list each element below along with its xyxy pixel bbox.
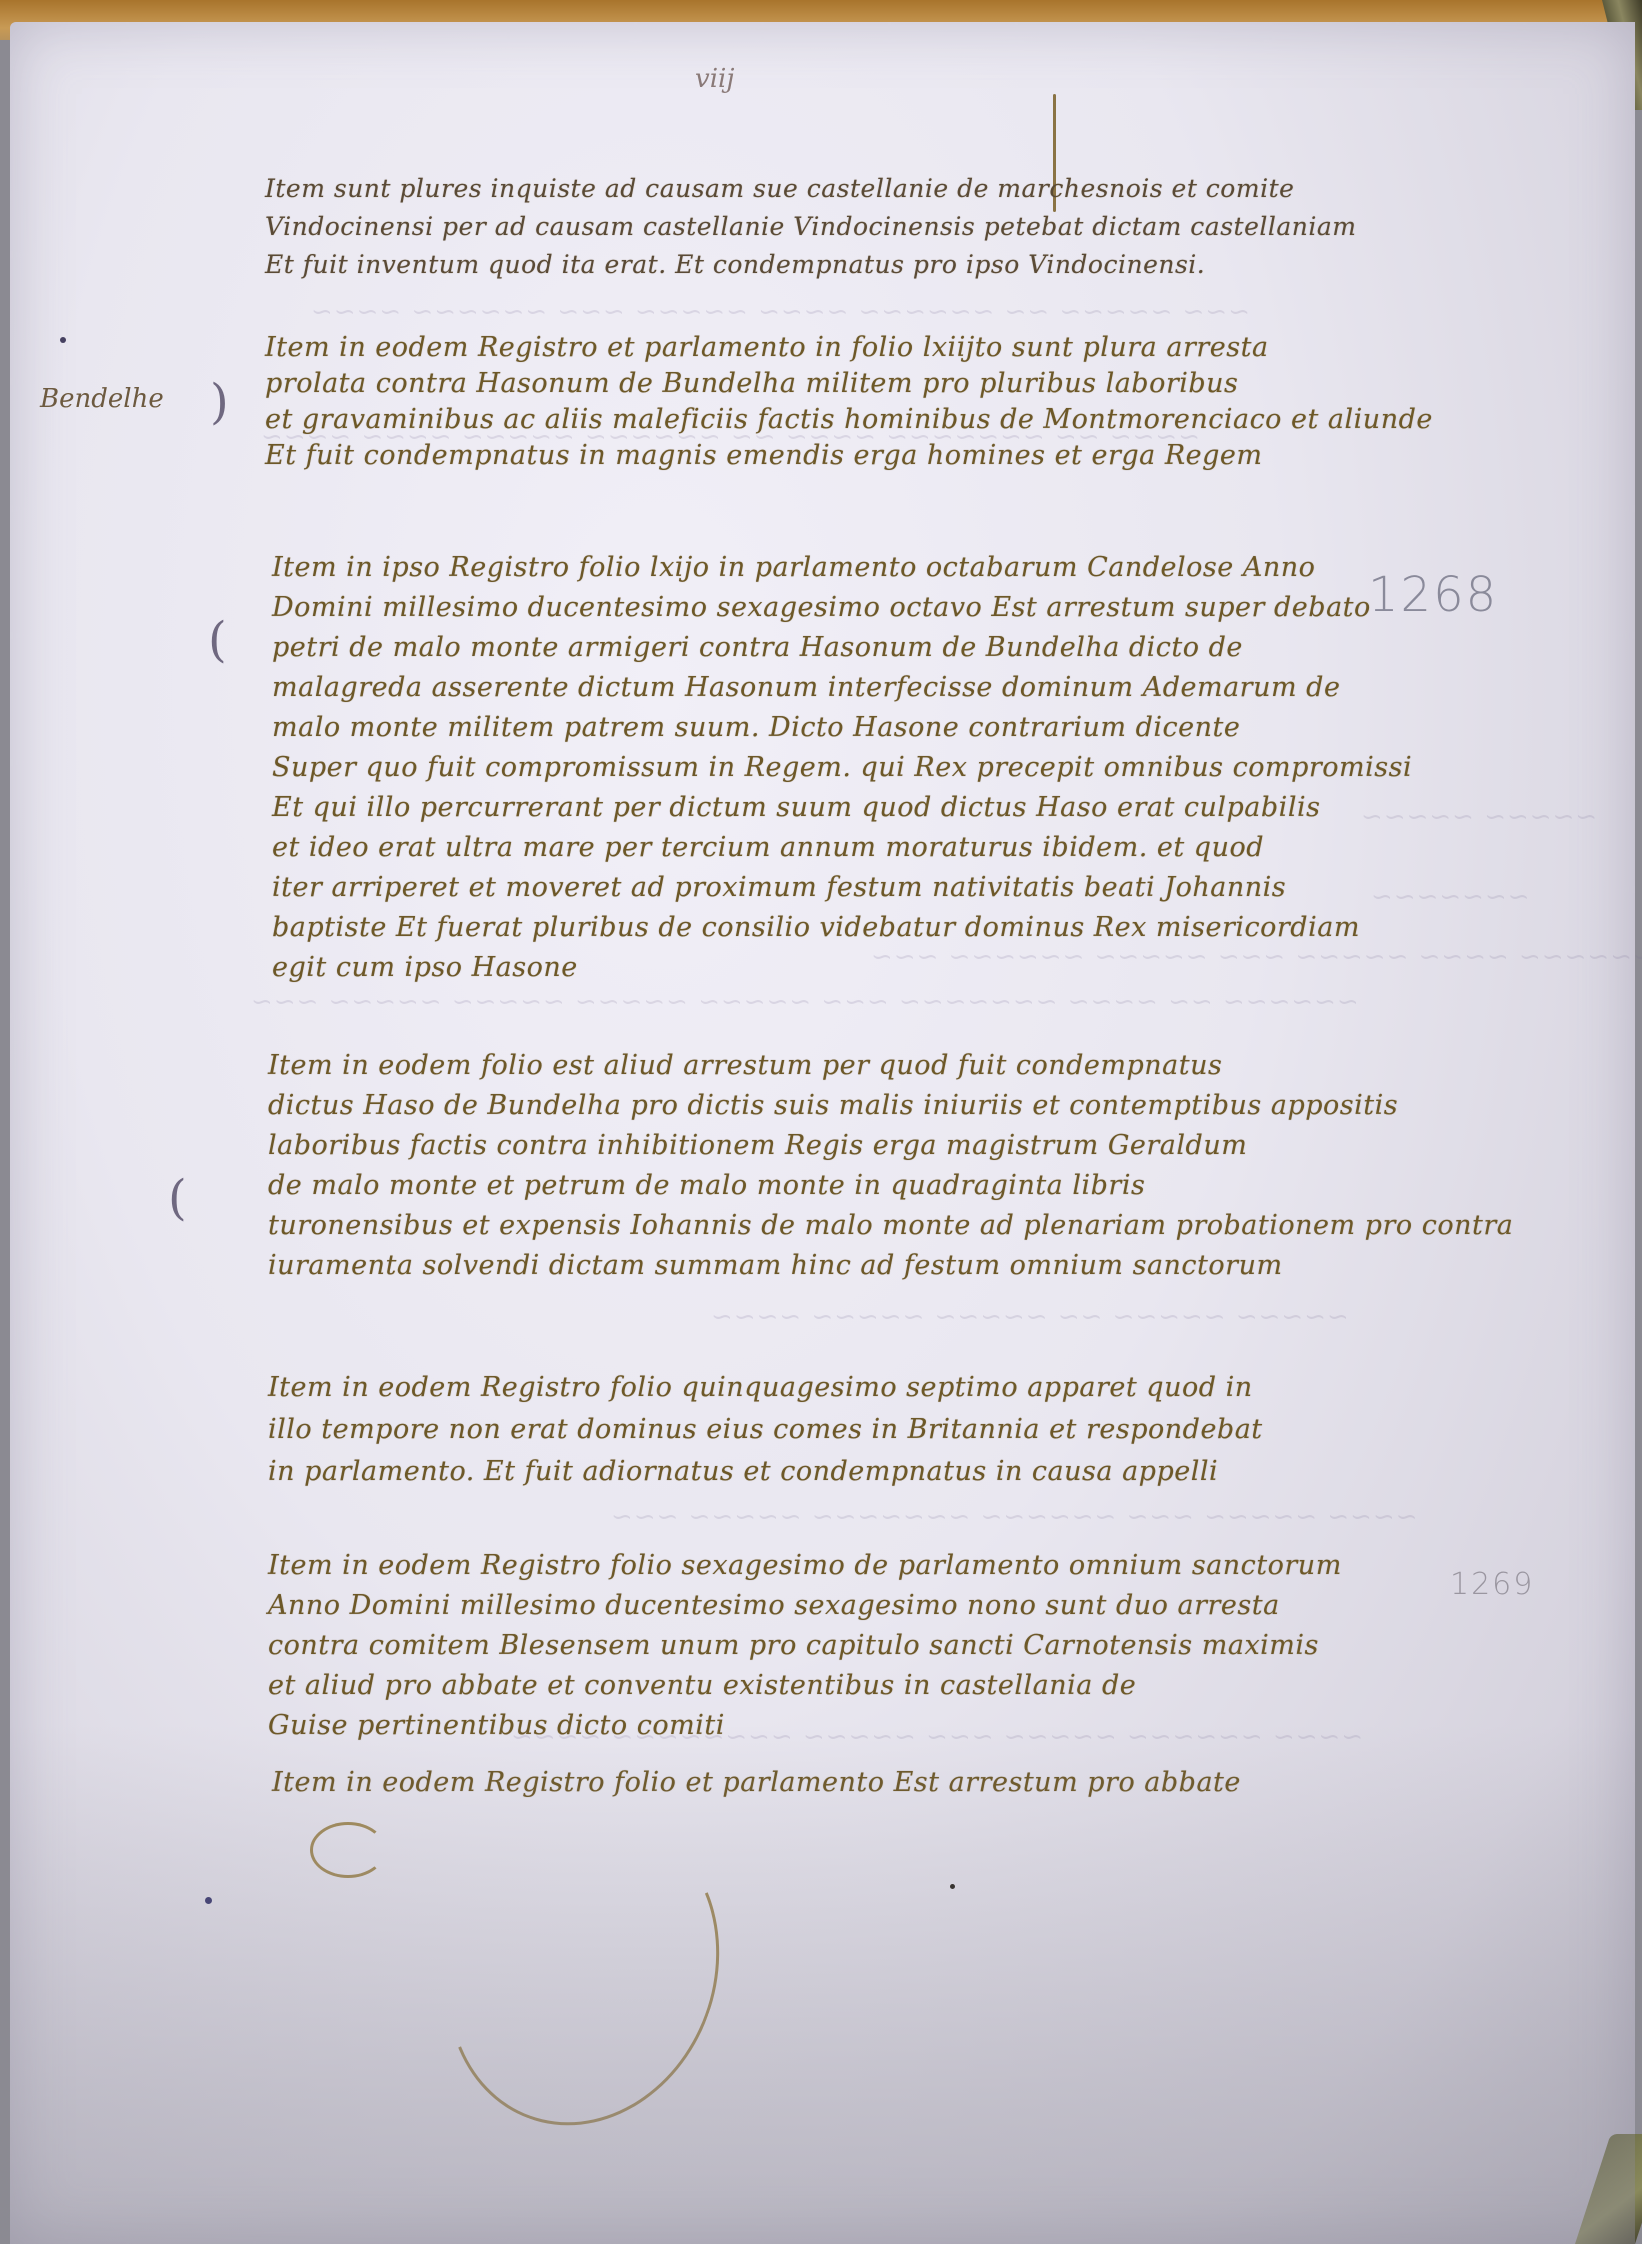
- bleed-through-text: ~~~~~~ ~~ ~~~~ ~~~~~~~ ~~~ ~~~~~ ~~~~~ ~…: [250, 987, 1359, 1017]
- bleed-through-text: ~~~~ ~~~~~ ~~~ ~~~~~~ ~~~~~~~ ~~~~~ ~~~: [610, 1502, 1418, 1532]
- text-line: dictus Haso de Bundelha pro dictis suis …: [268, 1090, 1398, 1121]
- bleed-through-text: ~~~~~~~: [1370, 882, 1530, 912]
- text-line: de malo monte et petrum de malo monte in…: [268, 1170, 1145, 1201]
- text-line: turonensibus et expensis Iohannis de mal…: [268, 1210, 1513, 1241]
- text-line: Guise pertinentibus dicto comiti: [268, 1710, 725, 1741]
- text-line: Domini millesimo ducentesimo sexagesimo …: [272, 592, 1371, 623]
- bleed-through-text: ~~~~~ ~~~~~: [1360, 802, 1597, 832]
- binding-clip: [1575, 2134, 1642, 2244]
- pen-flourish-loop: [310, 1822, 386, 1878]
- text-line: laboribus factis contra inhibitionem Reg…: [268, 1130, 1247, 1161]
- ink-dot: [60, 337, 66, 343]
- text-line: Item in eodem Registro folio quinquagesi…: [268, 1372, 1253, 1403]
- text-line: malo monte militem patrem suum. Dicto Ha…: [272, 712, 1240, 743]
- ink-dot: [950, 1884, 955, 1889]
- text-line: Et qui illo percurrerant per dictum suum…: [272, 792, 1320, 823]
- text-line: Item in eodem Registro folio et parlamen…: [272, 1767, 1241, 1798]
- text-line: Item in eodem Registro folio sexagesimo …: [268, 1550, 1342, 1581]
- text-line: Item in ipso Registro folio lxijo in par…: [272, 552, 1315, 583]
- text-line: et ideo erat ultra mare per tercium annu…: [272, 832, 1264, 863]
- text-line: Item in eodem Registro et parlamento in …: [265, 332, 1269, 363]
- pencil-annotation: 1268: [1368, 567, 1498, 623]
- text-line: et gravaminibus ac aliis maleficiis fact…: [265, 404, 1433, 435]
- text-line: Anno Domini millesimo ducentesimo sexage…: [268, 1590, 1280, 1621]
- text-line: iuramenta solvendi dictam summam hinc ad…: [268, 1250, 1283, 1281]
- margin-bracket: (: [208, 612, 227, 668]
- bleed-through-text: ~~~ ~~~~~~ ~~~~ ~~~~~ ~~~ ~~~~~ ~~~~~~ ~…: [870, 942, 1642, 972]
- text-line: Et fuit condempnatus in magnis emendis e…: [265, 440, 1263, 471]
- manuscript-page: ~~~ ~~~~~ ~~ ~~~~~~ ~~~~ ~~~~~ ~~~ ~~~~~…: [10, 22, 1635, 2244]
- text-line: Item in eodem folio est aliud arrestum p…: [268, 1050, 1222, 1081]
- margin-bracket: ): [210, 374, 229, 430]
- text-line: malagreda asserente dictum Hasonum inter…: [272, 672, 1340, 703]
- text-line: prolata contra Hasonum de Bundelha milit…: [265, 368, 1238, 399]
- text-line: Vindocinensi per ad causam castellanie V…: [265, 212, 1356, 241]
- text-line: Et fuit inventum quod ita erat. Et conde…: [265, 250, 1205, 279]
- text-line: contra comitem Blesensem unum pro capitu…: [268, 1630, 1319, 1661]
- bleed-through-text: ~~~~~ ~~~~~ ~~ ~~~~~ ~~~~~ ~~~~: [710, 1302, 1349, 1332]
- pencil-annotation: 1269: [1450, 1567, 1534, 1602]
- margin-bracket: (: [168, 1170, 187, 1226]
- text-line: Item sunt plures inquiste ad causam sue …: [265, 174, 1294, 203]
- text-line: baptiste Et fuerat pluribus de consilio …: [272, 912, 1360, 943]
- folio-number: viij: [695, 64, 734, 94]
- text-line: egit cum ipso Hasone: [272, 952, 578, 983]
- text-line: petri de malo monte armigeri contra Haso…: [272, 632, 1243, 663]
- ink-dot: [205, 1897, 212, 1904]
- margin-label: Bendelhe: [40, 384, 164, 414]
- text-line: in parlamento. Et fuit adiornatus et con…: [268, 1456, 1218, 1487]
- text-line: iter arriperet et moveret ad proximum fe…: [272, 872, 1286, 903]
- text-line: Super quo fuit compromissum in Regem. qu…: [272, 752, 1412, 783]
- pen-flourish: [404, 1776, 762, 2164]
- text-line: illo tempore non erat dominus eius comes…: [268, 1414, 1263, 1445]
- text-line: et aliud pro abbate et conventu existent…: [268, 1670, 1136, 1701]
- bleed-through-text: ~~~ ~~~~~ ~~ ~~~~~~ ~~~~ ~~~~~ ~~~ ~~~~~…: [310, 297, 1250, 327]
